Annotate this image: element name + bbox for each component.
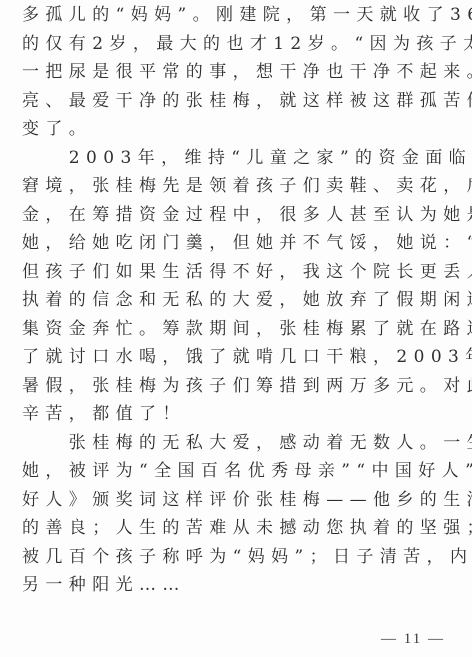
text-line: 金，在筹措资金过程中，很多人甚至认为她是骗子，还驱赶 <box>22 201 450 229</box>
paragraph-start-line: 张桂梅的无私大爱，感动着无数人。一生无儿无女的 <box>22 429 450 457</box>
text-line: 窘境，张桂梅先是领着孩子们卖鞋、卖花，后来到处筹措资 <box>22 172 450 200</box>
document-page: 多孤儿的“妈妈”。刚建院，第一天就收了36个孩子，最小 的仅有2岁，最大的也才1… <box>0 0 472 657</box>
text-line: 一把尿是很平常的事，想干净也干净不起来。”原本最爱漂 <box>22 58 450 86</box>
text-line: 辛苦，都值了！ <box>22 400 450 428</box>
text-line: 她，给她吃闭门羹，但她并不气馁，她说：“求人很丢人， <box>22 229 450 257</box>
text-line: 被几百个孩子称呼为“妈妈”；日子清苦，内心却总能安享 <box>22 543 450 571</box>
text-line: 亮、最爱干净的张桂梅，就这样被这群孤苦伶仃的孩子改 <box>22 87 450 115</box>
text-line: 她，被评为“全国百名优秀母亲”“中国好人”。其中《中国 <box>22 457 450 485</box>
text-line: 了就讨口水喝，饿了就啃几口干粮，2003年至2007年的寒 <box>22 343 450 371</box>
text-line: 另一种阳光…… <box>22 571 450 599</box>
page-number: — 11 — <box>378 626 448 652</box>
text-line: 好人》颁奖词这样评价张桂梅——他乡的生活提纯着您温暖 <box>22 486 450 514</box>
paragraph-start-line: 2003年，维持“儿童之家”的资金面临短缺。为缓解 <box>22 144 450 172</box>
text-line: 暑假，张桂梅为孩子们筹措到两万多元。对此她说，一切的 <box>22 372 450 400</box>
text-line: 执着的信念和无私的大爱，她放弃了假期闲适的生活，为筹 <box>22 286 450 314</box>
text-line: 的善良；人生的苦难从未撼动您执着的坚强；没有孩子，却 <box>22 514 450 542</box>
text-line: 多孤儿的“妈妈”。刚建院，第一天就收了36个孩子，最小 <box>22 1 450 29</box>
text-line: 的仅有2岁，最大的也才12岁。“因为孩子太小，一把屎、 <box>22 30 450 58</box>
text-line: 变了。 <box>22 115 450 143</box>
text-line: 集资金奔忙。筹款期间，张桂梅累了就在路边歇一会儿，渴 <box>22 315 450 343</box>
text-line: 但孩子们如果生活得不好，我这个院长更丢人。”正是凭着 <box>22 258 450 286</box>
